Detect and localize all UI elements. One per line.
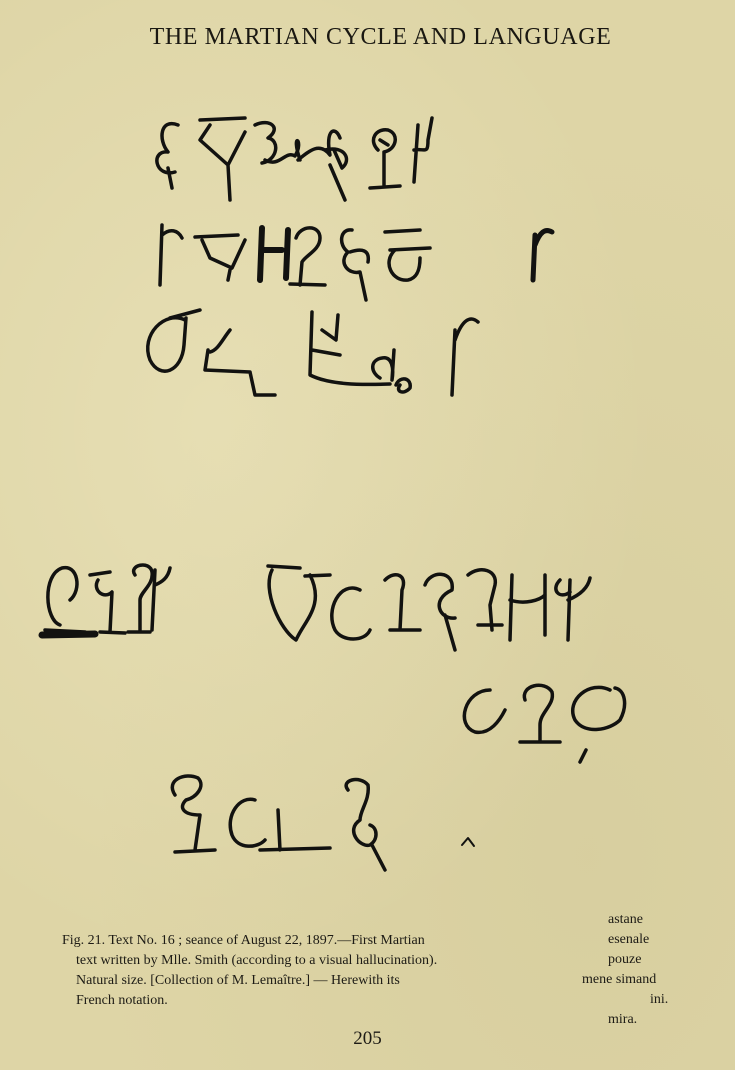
glyph-line-5	[464, 685, 624, 762]
notation-line-1: astane	[580, 910, 705, 930]
notation-line-3: pouze	[580, 950, 705, 970]
caption-line-1: Fig. 21. Text No. 16 ; seance of August …	[62, 931, 546, 951]
notation-line-5: ini.	[580, 990, 705, 1010]
glyph-line-3	[148, 310, 478, 395]
glyph-line-2	[160, 225, 552, 300]
glyph-line-6	[172, 776, 474, 870]
notation-line-6: mira.	[580, 1010, 705, 1030]
notation-line-2: esenale	[580, 930, 705, 950]
martian-script-figure	[0, 0, 735, 900]
figure-caption: Fig. 21. Text No. 16 ; seance of August …	[62, 931, 546, 1011]
page-number: 205	[0, 1028, 735, 1050]
book-page: THE MARTIAN CYCLE AND LANGUAGE	[0, 0, 735, 1070]
glyph-line-4	[42, 565, 590, 650]
notation-line-4: mene simand	[580, 970, 705, 990]
caption-line-4: French notation.	[62, 991, 546, 1011]
caption-line-3: Natural size. [Collection of M. Lemaître…	[62, 971, 546, 991]
glyph-line-1	[157, 118, 432, 200]
caption-line-2: text written by Mlle. Smith (according t…	[62, 951, 546, 971]
french-notation: astane esenale pouze mene simand ini. mi…	[580, 910, 705, 1030]
